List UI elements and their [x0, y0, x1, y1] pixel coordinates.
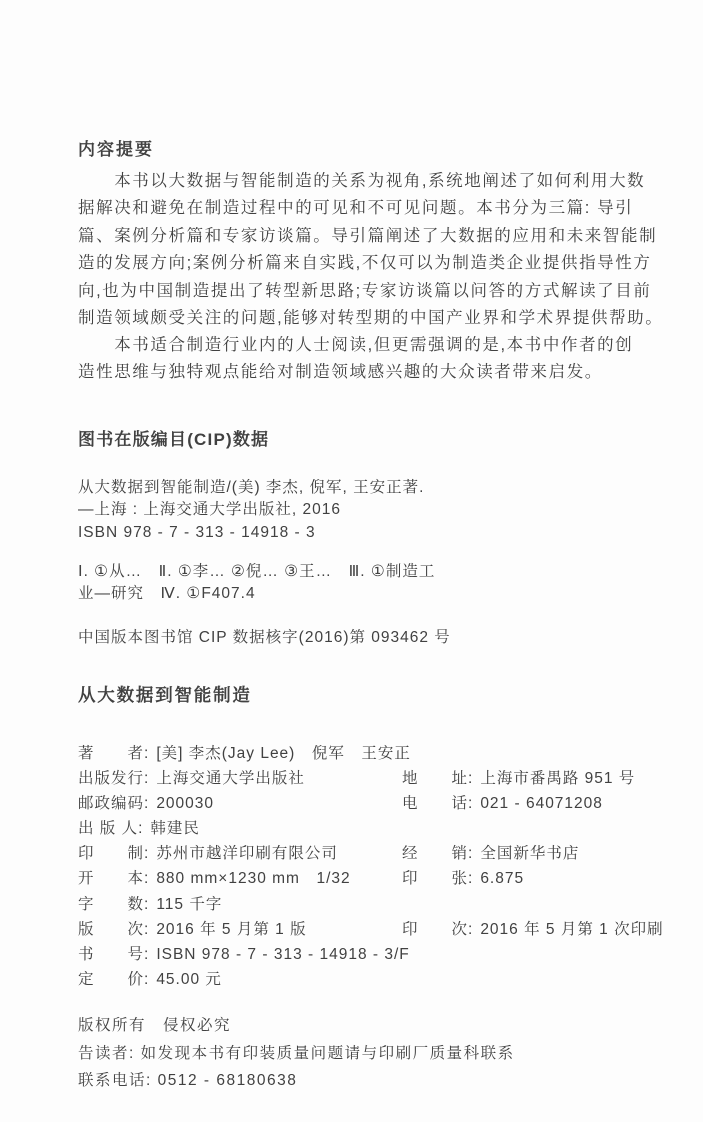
cip-classification-line: Ⅰ. ①从… Ⅱ. ①李… ②倪… ③王… Ⅲ. ①制造工 [78, 561, 435, 583]
colophon-section: 著 者:[美] 李杰(Jay Lee) 倪军 王安正 出版发行:上海交通大学出版… [78, 741, 638, 992]
colophon-row-value: 021 - 64071208 [480, 795, 603, 812]
colophon-row-label: 印 制: [78, 845, 149, 862]
cip-entry-line: —上海 : 上海交通大学出版社, 2016 [78, 499, 424, 521]
colophon-row-value: 全国新华书店 [480, 845, 579, 862]
colophon-row-label: 电 话: [402, 795, 473, 812]
content-summary-heading: 内容提要 [78, 135, 154, 160]
book-copyright-page: 内容提要 本书以大数据与智能制造的关系为视角,系统地阐述了如何利用大数 据解决和… [0, 0, 703, 1122]
colophon-row: 书 号:ISBN 978 - 7 - 313 - 14918 - 3/F [78, 942, 638, 967]
cip-entry-line: 从大数据到智能制造/(美) 李杰, 倪军, 王安正著. [78, 477, 424, 499]
cip-classification-line: 业—研究 Ⅳ. ①F407.4 [78, 583, 435, 605]
cip-classification-block: Ⅰ. ①从… Ⅱ. ①李… ②倪… ③王… Ⅲ. ①制造工 业—研究 Ⅳ. ①F… [78, 561, 435, 606]
summary-paragraph-2: 本书适合制造行业内的人士阅读,但更需强调的是,本书中作者的创 造性思维与独特观点… [78, 332, 633, 387]
colophon-row-value: 115 千字 [156, 896, 222, 913]
colophon-row: 出版发行:上海交通大学出版社 地 址:上海市番禺路 951 号 [78, 766, 638, 791]
colophon-row-label: 出版发行: [78, 770, 149, 787]
colophon-row-value: 6.875 [480, 870, 524, 887]
summary-line: 造性思维与独特观点能给对制造领域感兴趣的大众读者带来启发。 [78, 359, 633, 386]
colophon-row: 定 价:45.00 元 [78, 967, 638, 992]
cip-record-number: 中国版本图书馆 CIP 数据核字(2016)第 093462 号 [78, 627, 451, 649]
colophon-row-value: 880 mm×1230 mm 1/32 [156, 870, 350, 887]
colophon-row-value: [美] 李杰(Jay Lee) 倪军 王安正 [156, 745, 411, 762]
summary-line: 造的发展方向;案例分析篇来自实践,不仅可以为制造类企业提供指导性方 [78, 250, 663, 277]
colophon-row-value: ISBN 978 - 7 - 313 - 14918 - 3/F [156, 946, 409, 963]
colophon-row-label: 印 张: [402, 870, 473, 887]
quality-notice: 告读者: 如发现本书有印装质量问题请与印刷厂质量科联系 [78, 1040, 515, 1068]
summary-line: 本书以大数据与智能制造的关系为视角,系统地阐述了如何利用大数 [78, 168, 663, 195]
colophon-row-label: 版 次: [78, 921, 149, 938]
colophon-row: 字 数:115 千字 [78, 892, 638, 917]
colophon-row-label: 定 价: [78, 971, 149, 988]
summary-line: 制造领域颇受关注的问题,能够对转型期的中国产业界和学术界提供帮助。 [78, 305, 663, 332]
colophon-row-label: 地 址: [402, 770, 473, 787]
colophon-row-value: 2016 年 5 月第 1 次印刷 [480, 921, 663, 938]
book-title: 从大数据到智能制造 [78, 682, 252, 707]
summary-paragraph-1: 本书以大数据与智能制造的关系为视角,系统地阐述了如何利用大数 据解决和避免在制造… [78, 168, 663, 332]
colophon-row: 印 制:苏州市越洋印刷有限公司 经 销:全国新华书店 [78, 841, 638, 866]
colophon-row-value: 苏州市越洋印刷有限公司 [156, 845, 338, 862]
cip-data-heading: 图书在版编目(CIP)数据 [78, 425, 269, 450]
colophon-row-value: 上海市番禺路 951 号 [480, 770, 635, 787]
colophon-row-value: 45.00 元 [156, 971, 222, 988]
colophon-row-value: 韩建民 [150, 820, 200, 837]
cip-entry-line: ISBN 978 - 7 - 313 - 14918 - 3 [78, 522, 424, 544]
colophon-row-value: 上海交通大学出版社 [156, 770, 305, 787]
colophon-row: 版 次:2016 年 5 月第 1 版 印 次:2016 年 5 月第 1 次印… [78, 917, 638, 942]
colophon-row-value: 2016 年 5 月第 1 版 [156, 921, 306, 938]
summary-line: 据解决和避免在制造过程中的可见和不可见问题。本书分为三篇: 导引 [78, 195, 663, 222]
colophon-row-label: 印 次: [402, 921, 473, 938]
summary-line: 篇、案例分析篇和专家访谈篇。导引篇阐述了大数据的应用和未来智能制 [78, 223, 663, 250]
colophon-row-label: 字 数: [78, 896, 149, 913]
colophon-row: 邮政编码:200030 电 话:021 - 64071208 [78, 791, 638, 816]
summary-line: 向,也为中国制造提出了转型新思路;专家访谈篇以问答的方式解读了目前 [78, 278, 663, 305]
colophon-row-value: 200030 [156, 795, 214, 812]
contact-phone: 联系电话: 0512 - 68180638 [78, 1067, 515, 1095]
footer-section: 版权所有 侵权必究 告读者: 如发现本书有印装质量问题请与印刷厂质量科联系 联系… [78, 1012, 515, 1095]
colophon-row-label: 经 销: [402, 845, 473, 862]
colophon-row-label: 开 本: [78, 870, 149, 887]
colophon-row-label: 邮政编码: [78, 795, 149, 812]
colophon-row-label: 书 号: [78, 946, 149, 963]
copyright-notice: 版权所有 侵权必究 [78, 1012, 515, 1040]
colophon-row: 著 者:[美] 李杰(Jay Lee) 倪军 王安正 [78, 741, 638, 766]
colophon-row: 出 版 人:韩建民 [78, 816, 638, 841]
colophon-row-label: 出 版 人: [78, 820, 143, 837]
colophon-row: 开 本:880 mm×1230 mm 1/32 印 张:6.875 [78, 866, 638, 891]
summary-line: 本书适合制造行业内的人士阅读,但更需强调的是,本书中作者的创 [78, 332, 633, 359]
colophon-row-label: 著 者: [78, 745, 149, 762]
cip-entry-block: 从大数据到智能制造/(美) 李杰, 倪军, 王安正著. —上海 : 上海交通大学… [78, 477, 424, 544]
